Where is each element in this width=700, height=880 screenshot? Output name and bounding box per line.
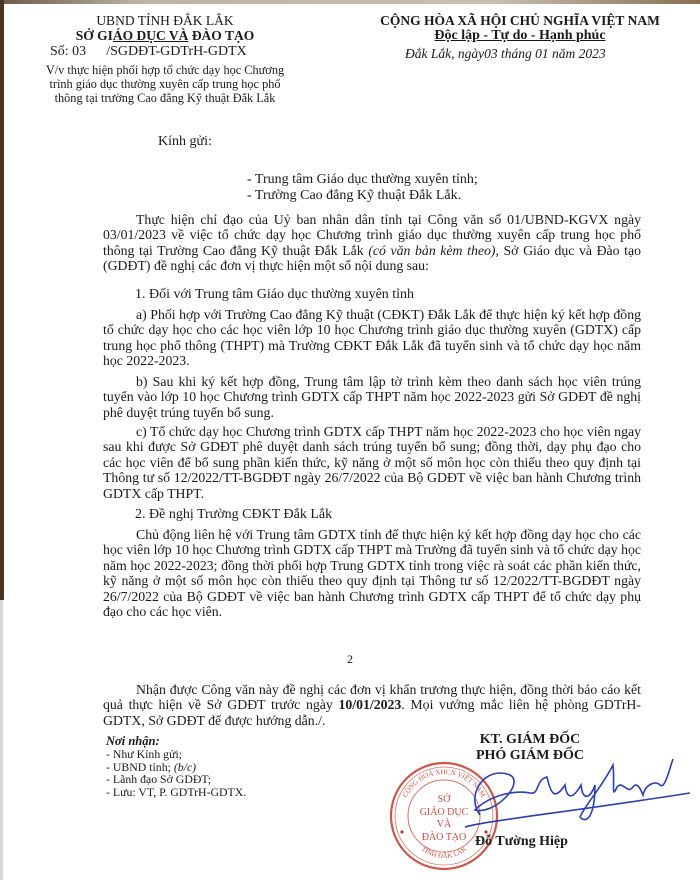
recipients-list-item: - Lưu: VT, P. GDTrH-GDTX. xyxy=(106,786,246,799)
page-number: 2 xyxy=(0,652,700,667)
national-motto: Độc lập - Tự do - Hạnh phúc xyxy=(345,28,695,43)
document-subject: V/v thực hiện phối hợp tổ chức dạy học C… xyxy=(40,63,290,105)
scan-left-edge xyxy=(0,0,4,600)
scan-top-edge xyxy=(0,0,700,4)
section-2-heading: 2. Đề nghị Trường CĐKT Đắk Lắk xyxy=(135,507,332,523)
svg-text:TỈNH ĐẮK LẮK: TỈNH ĐẮK LẮK xyxy=(420,845,468,860)
recipients-list: Nơi nhận: - Như Kính gửi; - UBND tỉnh; (… xyxy=(106,735,246,799)
national-header: CỘNG HÒA XÃ HỘI CHỦ NGHĨA VIỆT NAM Độc l… xyxy=(345,13,695,43)
svg-text:SỞ: SỞ xyxy=(438,793,452,805)
salutation: Kính gửi: xyxy=(158,134,212,150)
agency-name: SỞ GIÁO DỤC VÀ ĐÀO TẠO xyxy=(40,28,290,43)
document-date: Đắk Lắk, ngày03 tháng 01 năm 2023 xyxy=(405,46,606,62)
section-1-item-a: a) Phối hợp với Trường Cao đẳng Kỹ thuật… xyxy=(103,307,641,369)
section-2-paragraph: Chủ động liên hệ với Trung tâm GDTX tỉnh… xyxy=(103,527,641,619)
section-1-item-b: b) Sau khi ký kết hợp đồng, Trung tâm lậ… xyxy=(103,374,641,420)
recipient-item: - Trường Cao đẳng Kỹ thuật Đắk Lắk. xyxy=(247,188,461,204)
agency-header: UBND TỈNH ĐẮK LẮK SỞ GIÁO DỤC VÀ ĐÀO TẠO xyxy=(40,13,290,43)
signature-title-line1: KT. GIÁM ĐỐC xyxy=(420,732,640,748)
closing-paragraph: Nhận được Công văn này đề nghị các đơn v… xyxy=(103,682,641,728)
signer-name: Đỗ Tường Hiệp xyxy=(475,834,568,850)
document-number: Số: 03/SGDĐT-GDTrH-GDTX xyxy=(50,44,247,60)
svg-text:ĐÀO TẠO: ĐÀO TẠO xyxy=(422,831,467,843)
section-1-heading: 1. Đối với Trung tâm Giáo dục thường xuy… xyxy=(135,287,414,303)
handwritten-signature-icon xyxy=(455,755,695,830)
nation-title: CỘNG HÒA XÃ HỘI CHỦ NGHĨA VIỆT NAM xyxy=(345,13,695,28)
svg-text:VÀ: VÀ xyxy=(437,818,452,830)
agency-parent: UBND TỈNH ĐẮK LẮK xyxy=(40,13,290,28)
section-1-item-c: c) Tổ chức dạy học Chương trình GDTX cấp… xyxy=(103,424,641,501)
scan-left-edge-lower xyxy=(0,600,3,880)
intro-paragraph: Thực hiện chỉ đạo của Uỷ ban nhân dân tỉ… xyxy=(103,212,641,274)
recipient-item: - Trung tâm Giáo dục thường xuyên tỉnh; xyxy=(247,172,478,188)
